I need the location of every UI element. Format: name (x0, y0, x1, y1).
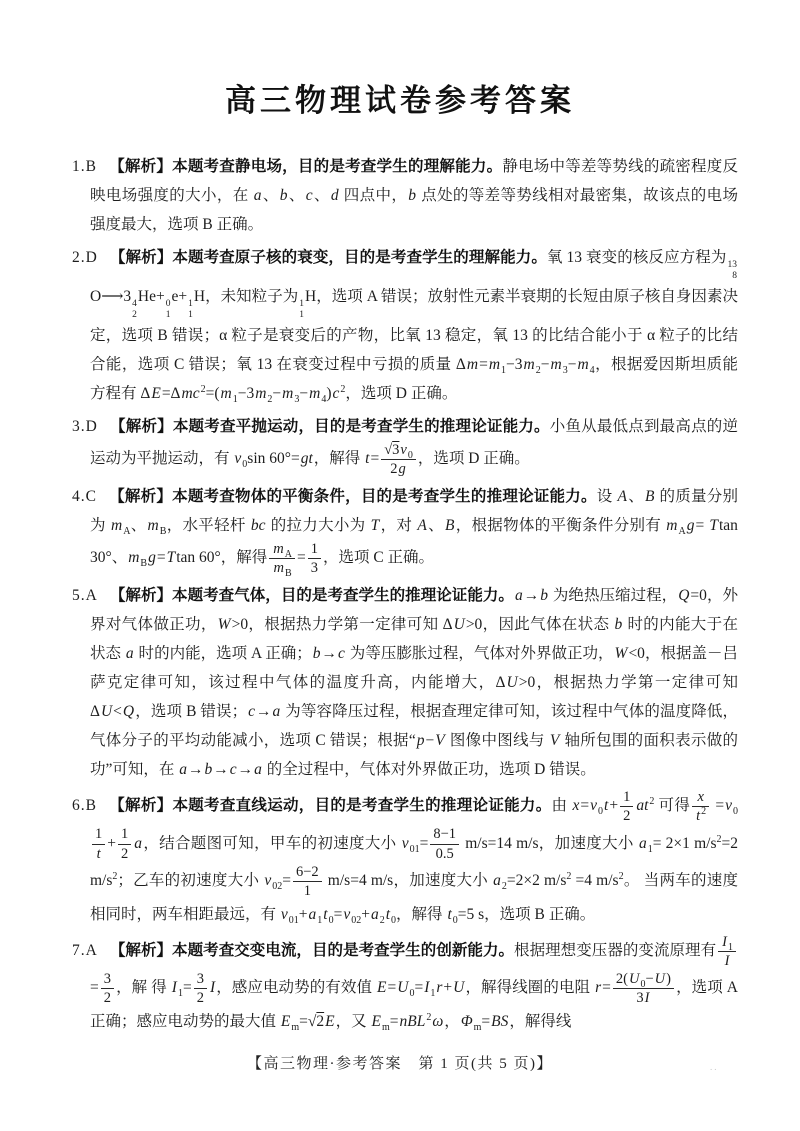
analysis-lead: 【解析】本题考查直线运动，目的是考查学生的推理论证能力。 (109, 796, 552, 814)
answer-item: 3.D【解析】本题考查平抛运动，目的是考查学生的推理论证能力。小鱼从最低点到最高… (72, 412, 738, 478)
answer-item: 7.A【解析】本题考查交变电流，目的是考查学生的创新能力。根据理想变压器的变流原… (72, 933, 738, 1037)
answer-body: 氧 13 衰变的核反应方程为138O⟶342He+01e+11H，未知粒子为11… (90, 249, 738, 402)
answer-item: 5.A【解析】本题考查气体，目的是考查学生的推理论证能力。a→b 为绝热压缩过程… (72, 581, 738, 784)
analysis-lead: 【解析】本题考查平抛运动，目的是考查学生的推理论证能力。 (110, 417, 550, 435)
answer-item: 2.D【解析】本题考查原子核的衰变，目的是考查学生的理解能力。氧 13 衰变的核… (72, 243, 738, 408)
answers-list: 1.B【解析】本题考查静电场，目的是考查学生的理解能力。静电场中等差等势线的疏密… (72, 152, 738, 1036)
answer-item: 6.B【解析】本题考查直线运动，目的是考查学生的推理论证能力。由 x=v0t+1… (72, 788, 738, 929)
scan-artifact: .. (710, 1062, 728, 1072)
analysis-lead: 【解析】本题考查交变电流，目的是考查学生的创新能力。 (110, 941, 514, 959)
answer-item: 1.B【解析】本题考查静电场，目的是考查学生的理解能力。静电场中等差等势线的疏密… (72, 152, 738, 239)
answer-body: a→b 为绝热压缩过程，Q=0，外界对气体做正功，W>0，根据热力学第一定律可知… (90, 587, 738, 778)
analysis-lead: 【解析】本题考查气体，目的是考查学生的推理论证能力。 (110, 586, 514, 604)
answer-number: 5.A (72, 587, 98, 604)
page-title: 高三物理试卷参考答案 (0, 0, 800, 120)
answer-number: 3.D (72, 418, 98, 435)
page-footer: 【高三物理·参考答案 第 1 页(共 5 页)】 (0, 1052, 800, 1073)
analysis-lead: 【解析】本题考查原子核的衰变，目的是考查学生的理解能力。 (110, 248, 547, 266)
analysis-lead: 【解析】本题考查静电场，目的是考查学生的理解能力。 (109, 157, 502, 175)
answer-item: 4.C【解析】本题考查物体的平衡条件，目的是考查学生的推理论证能力。设 A、B … (72, 482, 738, 577)
answer-body: 由 x=v0t+12at2 可得xt2 =v01t+12a，结合题图可知，甲车的… (90, 797, 738, 923)
answer-number: 2.D (72, 249, 98, 266)
answer-number: 6.B (72, 797, 97, 814)
analysis-lead: 【解析】本题考查物体的平衡条件，目的是考查学生的推理论证能力。 (109, 487, 597, 505)
answer-number: 4.C (72, 488, 97, 505)
answer-number: 7.A (72, 942, 98, 959)
answer-number: 1.B (72, 158, 97, 175)
